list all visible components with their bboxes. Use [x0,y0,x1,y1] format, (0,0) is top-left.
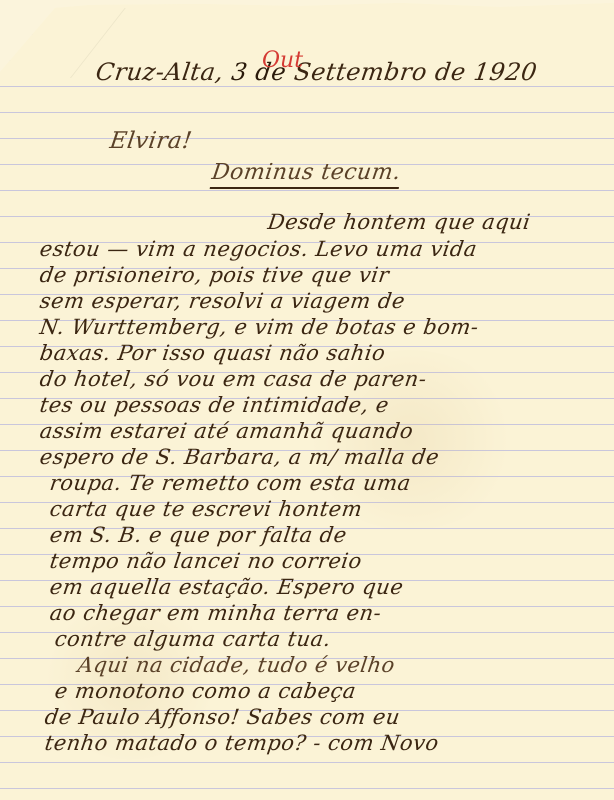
body-line: baxas. Por isso quasi não sahio [38,341,387,365]
body-line: tes ou pessoas de intimidade, e [38,393,390,417]
dateline-month: Settembro [292,58,429,86]
dateline-year: de 1920 [433,58,539,86]
body-line: roupa. Te remetto com esta uma [48,471,412,495]
body-line: assim estarei até amanhã quando [38,419,415,443]
body-line: Desde hontem que aqui [266,210,532,234]
dateline: Cruz-Alta, 3 de Settembro de 1920 [94,58,539,86]
body-line: carta que te escrevi hontem [48,497,364,521]
month-correction: Out [262,48,303,73]
body-line: contre alguma carta tua. [53,627,332,651]
body-line: estou — vim a negocios. Levo uma vida [38,237,478,261]
letter-paper: Cruz-Alta, 3 de Settembro de 1920 Out El… [0,0,614,800]
body-line: espero de S. Barbara, a m/ malla de [38,445,440,469]
motto-text: Dominus tecum. [210,160,403,189]
body-line: em S. B. e que por falta de [48,523,348,547]
salutation: Elvira! [108,128,194,154]
body-line: N. Wurttemberg, e vim de botas e bom- [38,315,480,339]
body-line: em aquella estação. Espero que [48,575,405,599]
body-line: do hotel, só vou em casa de paren- [38,367,428,391]
body-line: Aqui na cidade, tudo é velho [76,653,396,677]
body-line: de Paulo Affonso! Sabes com eu [43,705,401,729]
dateline-place: Cruz-Alta, [94,58,226,86]
body-line: sem esperar, resolvi a viagem de [38,289,406,313]
body-line: de prisioneiro, pois tive que vir [38,263,391,287]
motto: Dominus tecum. [210,160,402,185]
body-line: tenho matado o tempo? - com Novo [43,731,440,755]
body-line: tempo não lancei no correio [48,549,363,573]
body-line: ao chegar em minha terra en- [48,601,383,625]
body-line: e monotono como a cabeça [53,679,357,703]
